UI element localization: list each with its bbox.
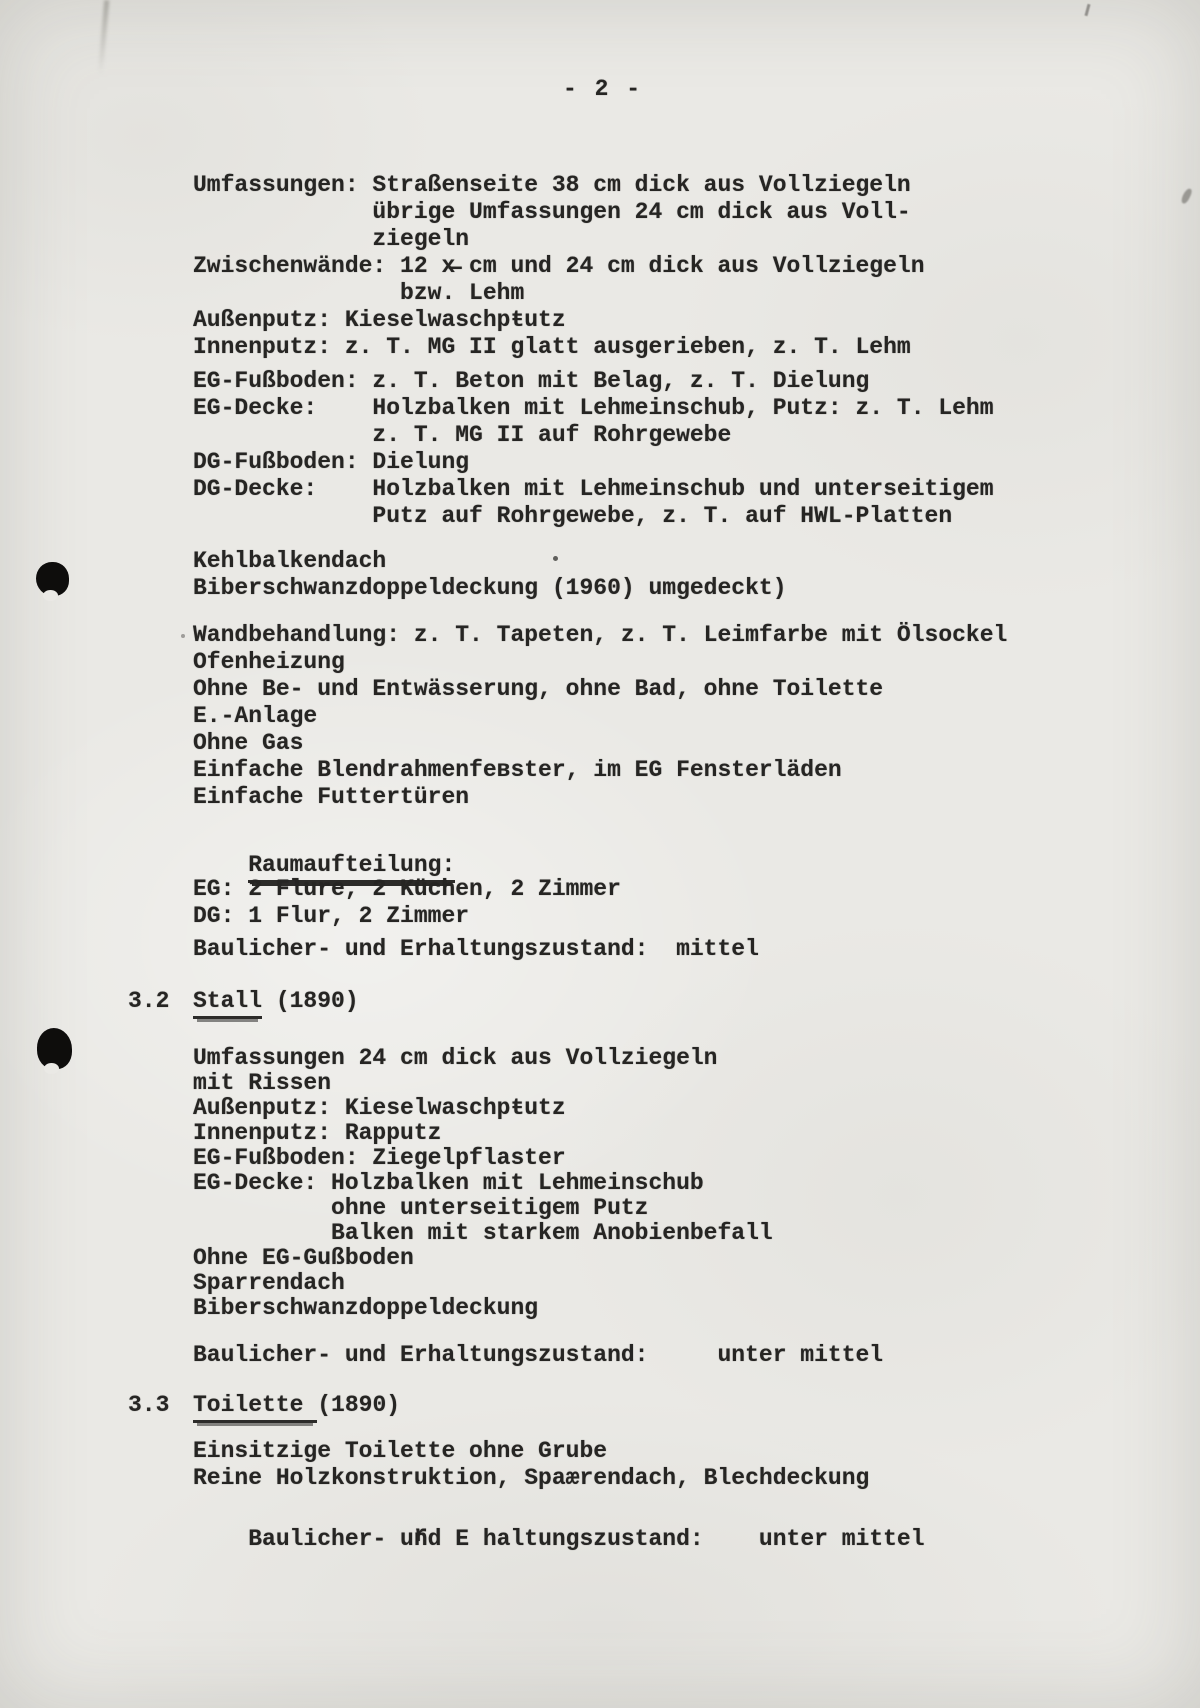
spec-line: Balken mit starkem Anobienbefall [193,1221,773,1246]
spec-line: Biberschwanzdoppeldeckung (1960) umgedec… [193,575,787,602]
room-layout-line: DG: 1 Flur, 2 Zimmer [193,903,621,930]
punch-hole-mark [36,562,69,596]
section-title-text: Toilette [193,1392,317,1423]
spec-line: Wandbehandlung: z. T. Tapeten, z. T. Lei… [193,622,1007,649]
room-layout-block: EG: 2 Flure, 2 Küchen, 2 Zimmer DG: 1 Fl… [193,876,621,930]
floor-ceiling-specs-block: EG-Fußboden: z. T. Beton mit Belag, z. T… [193,368,994,530]
spec-line: mit Rissen [193,1071,773,1096]
spec-line: Einsitzige Toilette ohne Grube [193,1438,869,1465]
spec-line: bzw. Lehm [193,280,925,307]
spec-line: Außenputz: Kieselwaschpŧutz [193,307,925,334]
scanned-typewritten-page: - 2 - Umfassungen: Straßenseite 38 cm di… [0,0,1200,1708]
stall-specs-block: Umfassungen 24 cm dick aus Vollziegeln m… [193,1046,773,1321]
spec-line: EG-Fußboden: Ziegelpflaster [193,1146,773,1171]
spec-line: Ofenheizung [193,649,1007,676]
section-number-3-2: 3.2 [128,988,169,1014]
spec-line: Einfache Futtertüren [193,784,1007,811]
spec-line: DG-Fußboden: Dielung [193,449,994,476]
condition-line-part2: haltungszustand: unter mittel [469,1526,924,1552]
spec-line: Sparrendach [193,1271,773,1296]
edge-tick-mark [1084,4,1090,16]
spec-line: Kehlbalkendach [193,548,787,575]
condition-line: Baulicher- und Erhaltungszustand: unter … [193,1342,883,1369]
spec-line: Innenputz: Rapputz [193,1121,773,1146]
dropped-character: r [414,1522,428,1548]
punch-hole-mark [37,1028,72,1069]
spec-line: Zwischenwände: 12 x̶ cm und 24 cm dick a… [193,253,925,280]
spec-line: DG-Decke: Holzbalken mit Lehmeinschub un… [193,476,994,503]
section-heading-stall: Stall (1890) [193,988,359,1014]
spec-line: Ohne Gas [193,730,1007,757]
spec-line: Umfassungen: Straßenseite 38 cm dick aus… [193,172,925,199]
section-year-text: (1890) [317,1392,400,1418]
section-year-text: (1890) [262,988,359,1014]
punch-hole-notch [43,590,58,601]
spec-line: Ohne EG-Gußboden [193,1246,773,1271]
condition-stall: Baulicher- und Erhaltungszustand: unter … [193,1342,883,1369]
spec-line: Ohne Be- und Entwässerung, ohne Bad, ohn… [193,676,1007,703]
section-heading-toilette: Toilette (1890) [193,1392,400,1418]
spec-line: Biberschwanzdoppeldeckung [193,1296,773,1321]
paper-crease-mark [98,0,110,75]
spec-line: EG-Decke: Holzbalken mit Lehmeinschub [193,1171,773,1196]
condition-main-building: Baulicher- und Erhaltungszustand: mittel [193,936,759,963]
spec-line: EG-Fußboden: z. T. Beton mit Belag, z. T… [193,368,994,395]
equipment-specs-block: Wandbehandlung: z. T. Tapeten, z. T. Lei… [193,622,1007,811]
spec-line: ziegeln [193,226,925,253]
roof-specs-block: Kehlbalkendach Biberschwanzdoppeldeckung… [193,548,787,602]
spec-line: Reine Holzkonstruktion, Spaærendach, Ble… [193,1465,869,1492]
section-title-text: Stall [193,988,262,1019]
edge-smudge-mark [1180,187,1193,204]
ink-speck [181,634,185,638]
spec-line: ohne unterseitigem Putz [193,1196,773,1221]
spec-line: z. T. MG II auf Rohrgewebe [193,422,994,449]
page-number: - 2 - [563,76,642,102]
toilette-specs-block: Einsitzige Toilette ohne Grube Reine Hol… [193,1438,869,1492]
spec-line: übrige Umfassungen 24 cm dick aus Voll- [193,199,925,226]
spec-line: E.-Anlage [193,703,1007,730]
room-layout-line: EG: 2 Flure, 2 Küchen, 2 Zimmer [193,876,621,903]
condition-line: Baulicher- und Erhaltungszustand: mittel [193,936,759,963]
spec-line: Innenputz: z. T. MG II glatt ausgerieben… [193,334,925,361]
condition-toilette: Baulicher- und E haltungszustand: unter … [193,1500,925,1604]
spec-line: Umfassungen 24 cm dick aus Vollziegeln [193,1046,773,1071]
spec-line: Putz auf Rohrgewebe, z. T. auf HWL-Platt… [193,503,994,530]
section-number-3-3: 3.3 [128,1392,169,1418]
condition-line-part1: Baulicher- und E [248,1526,469,1552]
wall-plaster-specs-block: Umfassungen: Straßenseite 38 cm dick aus… [193,172,925,361]
spec-line: Einfache Blendrahmenfeвster, im EG Fenst… [193,757,1007,784]
punch-hole-notch [44,1063,59,1074]
spec-line: EG-Decke: Holzbalken mit Lehmeinschub, P… [193,395,994,422]
spec-line: Außenputz: Kieselwaschpŧutz [193,1096,773,1121]
